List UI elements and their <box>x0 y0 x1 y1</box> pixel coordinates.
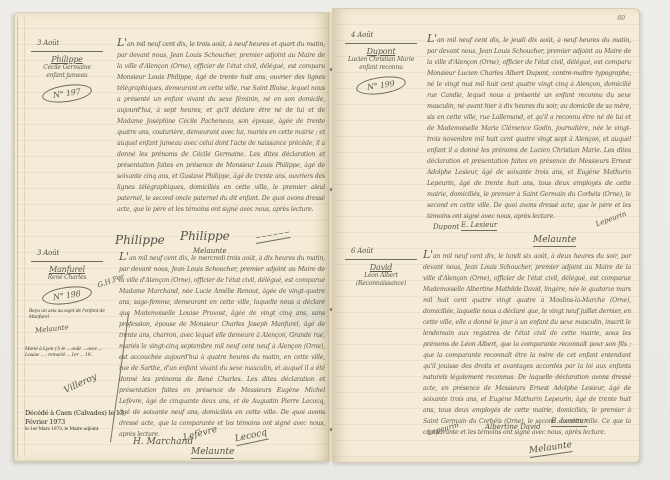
entry-surname: Dupont <box>341 47 421 56</box>
entry-197-margin: 3 Août Philippe Cécile Germaine enfant j… <box>27 39 107 102</box>
entry-given-names: Léon Albert <box>341 272 421 280</box>
death-mention: Décédé à Caen (Calvados) le 13 Février 1… <box>25 409 125 433</box>
entry-number: N° 198 <box>41 284 93 308</box>
entry-given-names: René Charles <box>27 274 107 282</box>
entry-date-label: 6 Août <box>341 247 421 255</box>
entry-date-label: 4 Août <box>341 31 421 39</box>
entry-date-label: 3 Août <box>27 249 107 257</box>
divider <box>345 259 417 260</box>
divider <box>345 43 417 44</box>
signature: Melaunte <box>528 440 573 458</box>
divider <box>31 51 103 52</box>
entry-note: (Reconnaissance) <box>341 280 421 288</box>
death-mention-date: le 1er Mars 1973, le Maire adjoint <box>25 427 125 433</box>
entry-198-margin: 3 Août Manfurel René Charles N° 198 <box>27 249 107 304</box>
entry-surname: Manfurel <box>27 265 107 274</box>
scanned-register: 3 Août Philippe Cécile Germaine enfant j… <box>0 0 670 480</box>
margin-note: Reçu un avis au sujet de l'enfant de Man… <box>29 309 109 321</box>
entry-197-body: L'an mil neuf cent dix, le trois août, à… <box>117 37 325 227</box>
entry-200-margin: 6 Août David Léon Albert (Reconnaissance… <box>341 247 421 288</box>
page-number: 60 <box>617 15 625 22</box>
entry-given-names: Lucien Christian Marie <box>341 56 421 64</box>
signature: Philippe <box>115 233 165 247</box>
margin-signature: Melaunte <box>35 323 69 334</box>
margin-signature: Villeroy <box>63 372 99 396</box>
death-mention-text: Décédé à Caen (Calvados) le 13 Février 1… <box>25 409 125 427</box>
signature: Dupont <box>433 223 459 231</box>
entry-note: enfant reconnu <box>341 64 421 72</box>
open-register-book: 3 Août Philippe Cécile Germaine enfant j… <box>14 8 640 465</box>
entry-surname: David <box>341 263 421 272</box>
signature: Melaunte <box>191 447 234 459</box>
signature: Albertine David <box>485 423 541 431</box>
entry-date-label: 3 Août <box>27 39 107 47</box>
entry-number: N° 199 <box>355 74 407 98</box>
entry-198-body: L'an mil neuf cent dix, le mercredi troi… <box>119 251 325 435</box>
signature: Melaunte <box>533 235 576 247</box>
entry-surname: Philippe <box>27 55 107 64</box>
entry-number: N° 197 <box>41 82 93 106</box>
signature-flourish: ​~~~~~~ <box>254 228 290 244</box>
margin-note: Marié à Lyon (?) le ... août ... avec ..… <box>25 347 117 359</box>
entry-note: enfant jumeau <box>27 72 107 80</box>
left-page: 3 Août Philippe Cécile Germaine enfant j… <box>14 12 330 462</box>
entry-given-names: Cécile Germaine <box>27 64 107 72</box>
right-page: 60 4 Août Dupont Lucien Christian Marie … <box>332 8 640 463</box>
entry-200-body: L'an mil neuf cent dix, le lundi six aoû… <box>423 249 631 415</box>
signature: Philippe <box>180 229 230 243</box>
entry-199-body: L'an mil neuf cent dix, le jeudi dix aoû… <box>427 33 631 221</box>
signature: E. Lesieur <box>551 417 587 427</box>
divider <box>31 261 103 262</box>
signature: E. Lesieur <box>461 221 497 231</box>
entry-199-margin: 4 Août Dupont Lucien Christian Marie enf… <box>341 31 421 94</box>
